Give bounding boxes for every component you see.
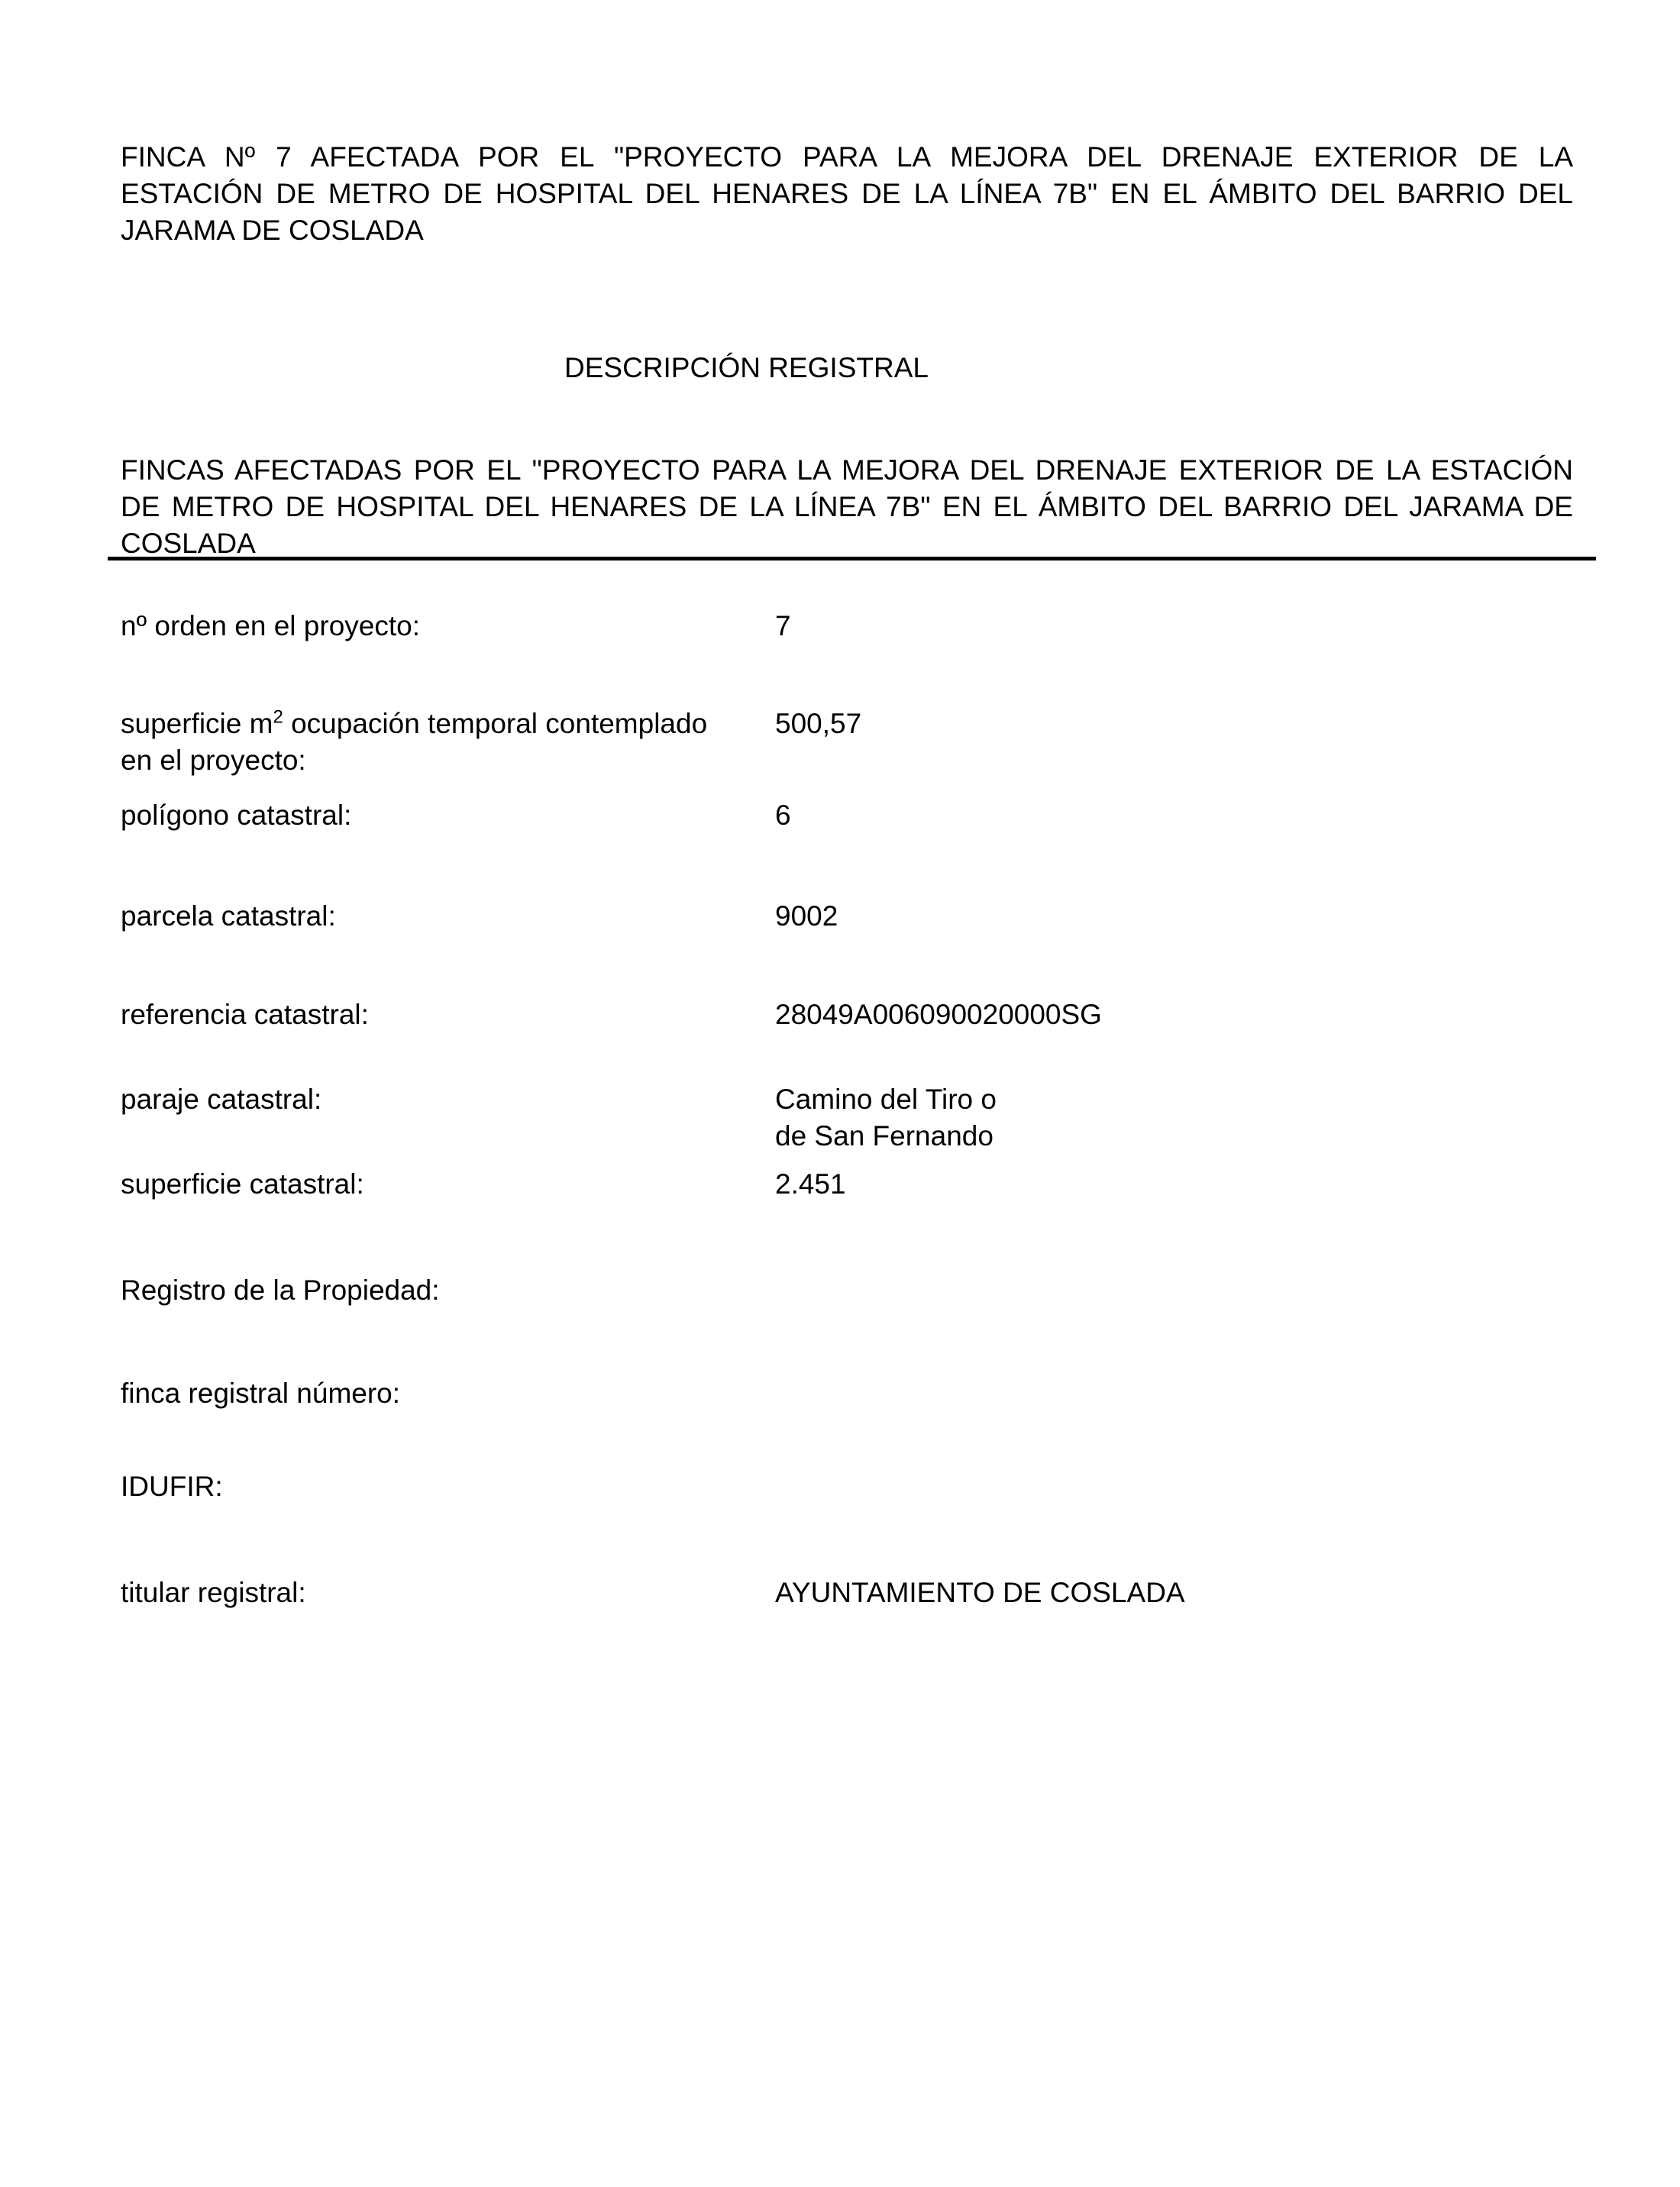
main-heading: FINCA Nº 7 AFECTADA POR EL "PROYECTO PAR… [121,139,1573,249]
field-row: superficie m2 ocupación temporal contemp… [121,706,1573,797]
field-value: 28049A006090020000SG [775,997,1573,1033]
field-row: finca registral número: [121,1375,1573,1468]
field-label: referencia catastral: [121,997,775,1033]
field-row: superficie catastral: 2.451 [121,1166,1573,1272]
field-label: finca registral número: [121,1375,775,1412]
table-heading-line: FINCAS AFECTADAS POR EL "PROYECTO PARA L… [121,452,1573,489]
main-heading-line: JARAMA DE COSLADA [121,212,1573,249]
main-heading-line: ESTACIÓN DE METRO DE HOSPITAL DEL HENARE… [121,176,1573,212]
field-row: referencia catastral: 28049A006090020000… [121,997,1573,1081]
field-row: paraje catastral: Camino del Tiro o de S… [121,1081,1573,1166]
document-page: FINCA Nº 7 AFECTADA POR EL "PROYECTO PAR… [0,0,1680,2187]
field-label: IDUFIR: [121,1468,775,1505]
field-label: polígono catastral: [121,797,775,834]
fields-table: nº orden en el proyecto: 7 superficie m2… [121,608,1573,1648]
section-title: DESCRIPCIÓN REGISTRAL [564,350,1573,386]
field-row: titular registral: AYUNTAMIENTO DE COSLA… [121,1575,1573,1648]
divider-rule [108,557,1596,560]
field-row: nº orden en el proyecto: 7 [121,608,1573,706]
field-label: Registro de la Propiedad: [121,1272,775,1309]
field-label: superficie m2 ocupación temporal contemp… [121,706,775,779]
document-content: FINCA Nº 7 AFECTADA POR EL "PROYECTO PAR… [121,139,1573,1648]
field-value: Camino del Tiro o de San Fernando [775,1081,1573,1155]
table-heading-line: DE METRO DE HOSPITAL DEL HENARES DE LA L… [121,489,1573,525]
superscript: 2 [273,707,283,728]
field-label: titular registral: [121,1575,775,1611]
main-heading-line: FINCA Nº 7 AFECTADA POR EL "PROYECTO PAR… [121,139,1573,176]
field-value: 6 [775,797,1573,834]
field-row: parcela catastral: 9002 [121,898,1573,997]
field-value: AYUNTAMIENTO DE COSLADA [775,1575,1573,1611]
field-row: polígono catastral: 6 [121,797,1573,898]
field-row: Registro de la Propiedad: [121,1272,1573,1375]
field-label: paraje catastral: [121,1081,775,1118]
field-row: IDUFIR: [121,1468,1573,1575]
field-label: parcela catastral: [121,898,775,935]
field-value: 9002 [775,898,1573,935]
field-value: 2.451 [775,1166,1573,1203]
field-label: nº orden en el proyecto: [121,608,775,644]
table-heading: FINCAS AFECTADAS POR EL "PROYECTO PARA L… [121,452,1573,562]
field-value: 500,57 [775,706,1573,742]
field-value: 7 [775,608,1573,644]
field-label: superficie catastral: [121,1166,775,1203]
